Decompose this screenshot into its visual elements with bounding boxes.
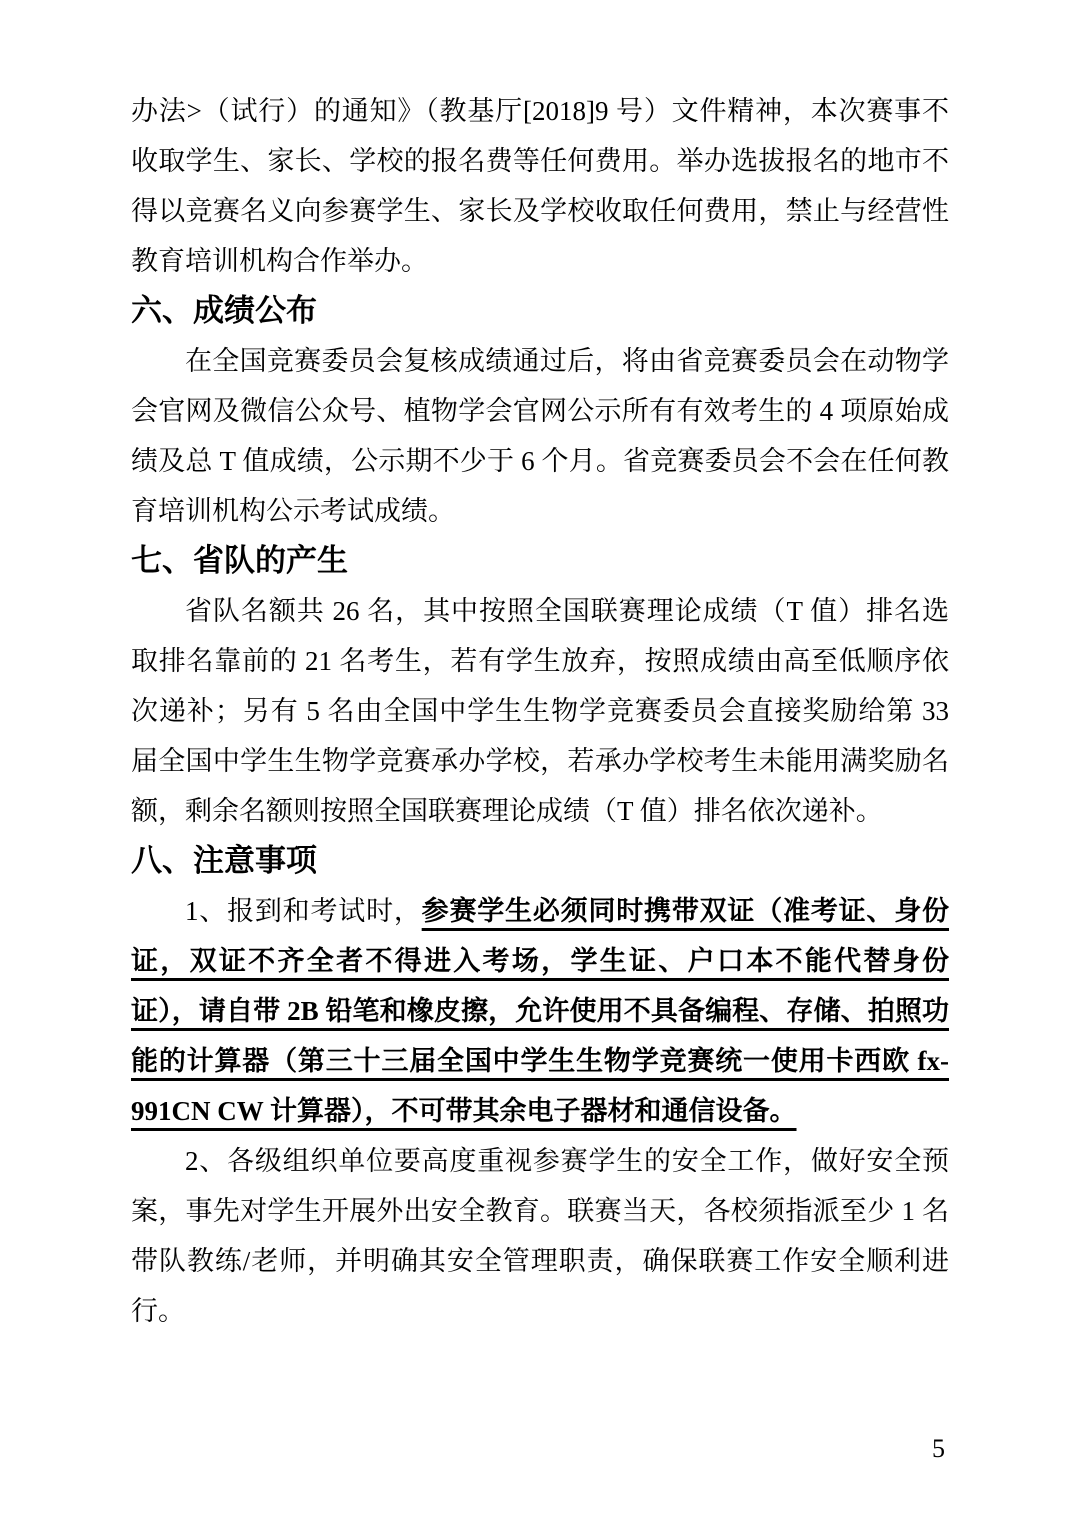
page-number: 5 <box>932 1432 945 1466</box>
section-7-heading: 七、省队的产生 <box>131 536 949 586</box>
section-6-heading: 六、成绩公布 <box>131 286 949 336</box>
section-8-item-2: 2、各级组织单位要高度重视参赛学生的安全工作，做好安全预案，事先对学生开展外出安… <box>131 1136 949 1336</box>
section-8-heading: 八、注意事项 <box>131 836 949 886</box>
section-7-paragraph: 省队名额共 26 名，其中按照全国联赛理论成绩（T 值）排名选取排名靠前的 21… <box>131 586 949 836</box>
intro-paragraph: 办法>（试行）的通知》（教基厅[2018]9 号）文件精神，本次赛事不收取学生、… <box>131 86 949 286</box>
item-1-emphasis-underlined: 参赛学生必须同时携带双证（准考证、身份证，双证不齐全者不得进入考场，学生证、户口… <box>131 896 949 1126</box>
section-6-paragraph: 在全国竞赛委员会复核成绩通过后，将由省竞赛委员会在动物学会官网及微信公众号、植物… <box>131 336 949 536</box>
section-8-item-1: 1、报到和考试时，参赛学生必须同时携带双证（准考证、身份证，双证不齐全者不得进入… <box>131 886 949 1136</box>
page-content: 办法>（试行）的通知》（教基厅[2018]9 号）文件精神，本次赛事不收取学生、… <box>0 0 1080 1336</box>
item-1-prefix: 1、报到和考试时， <box>185 896 422 926</box>
document-page: 办法>（试行）的通知》（教基厅[2018]9 号）文件精神，本次赛事不收取学生、… <box>0 0 1080 1527</box>
